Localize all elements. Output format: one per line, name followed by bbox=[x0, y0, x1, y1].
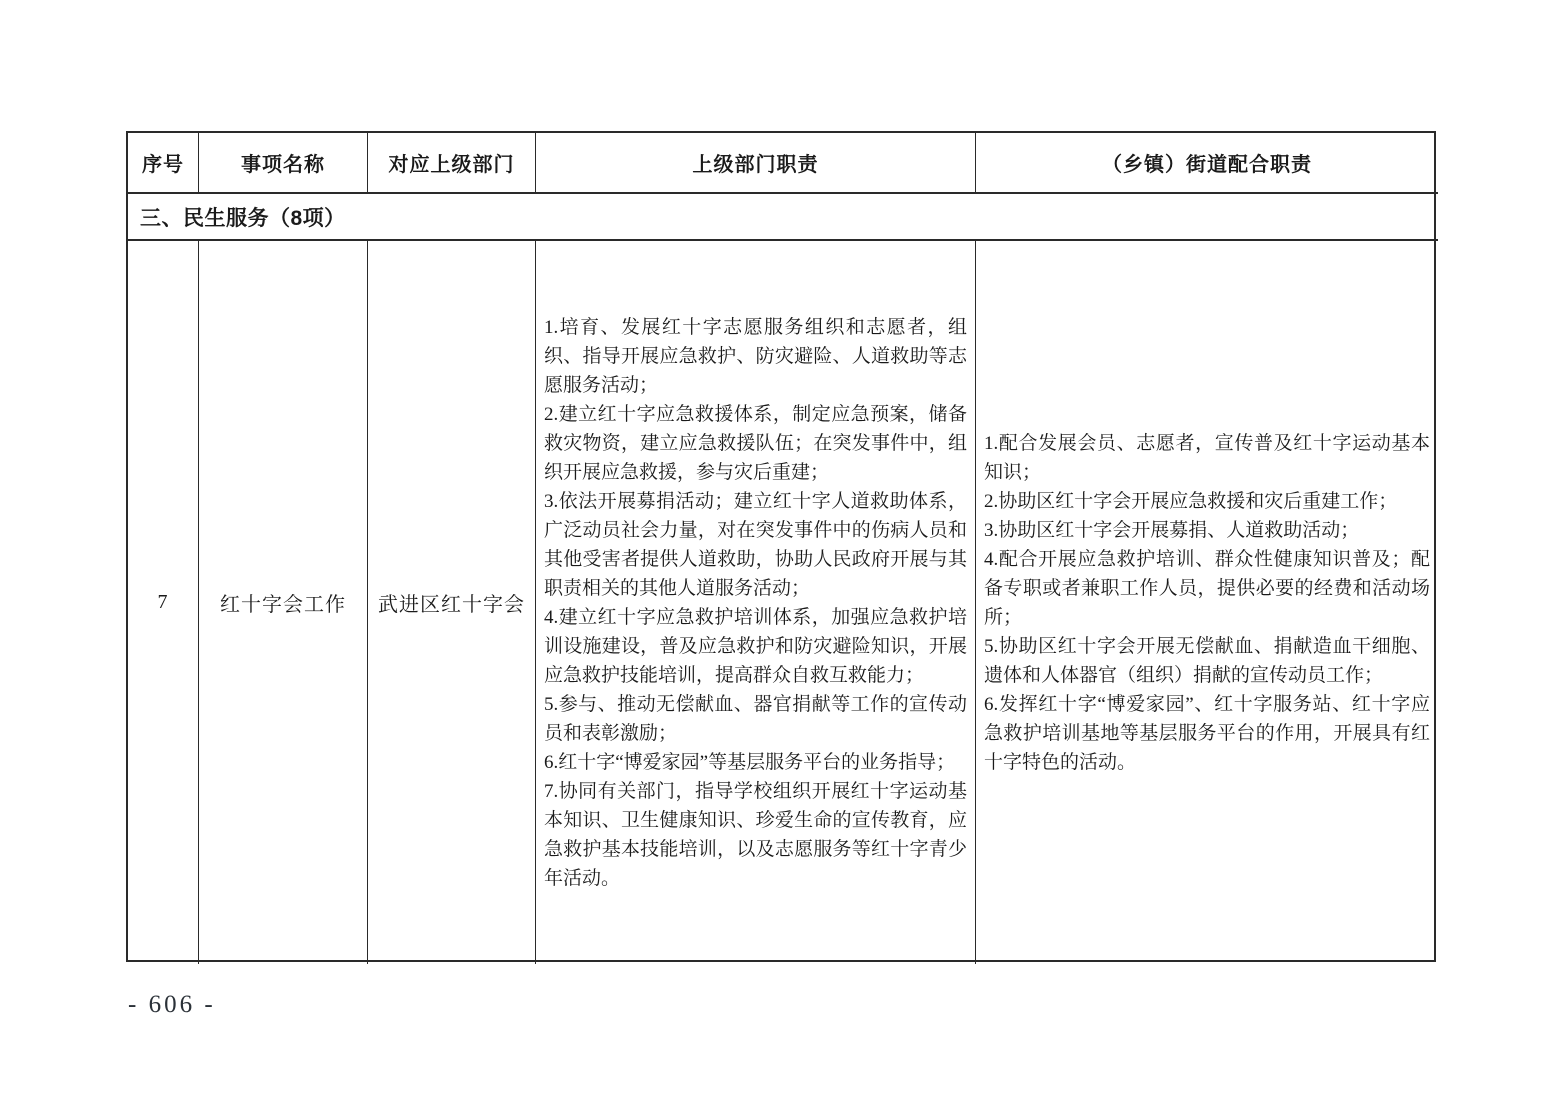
duty-item: 6.发挥红十字“博爱家园”、红十字服务站、红十字应急救护培训基地等基层服务平台的… bbox=[984, 690, 1430, 777]
col-header-superior-duties: 上级部门职责 bbox=[535, 133, 975, 192]
item-name-cell: 红十字会工作 bbox=[198, 239, 367, 964]
section-title: 三、民生服务（8项） bbox=[128, 192, 1438, 239]
street-duties-cell: 1.配合发展会员、志愿者，宣传普及红十字运动基本知识；2.协助区红十字会开展应急… bbox=[975, 239, 1438, 964]
superior-duties-cell: 1.培育、发展红十字志愿服务组织和志愿者，组织、指导开展应急救护、防灾避险、人道… bbox=[535, 239, 975, 964]
duty-item: 5.协助区红十字会开展无偿献血、捐献造血干细胞、遗体和人体器官（组织）捐献的宣传… bbox=[984, 632, 1430, 690]
col-header-street-duties: （乡镇）街道配合职责 bbox=[975, 133, 1438, 192]
duty-item: 4.建立红十字应急救护培训体系，加强应急救护培训设施建设，普及应急救护和防灾避险… bbox=[544, 603, 967, 690]
col-header-superior-department: 对应上级部门 bbox=[367, 133, 535, 192]
row-index-cell: 7 bbox=[128, 239, 198, 964]
duty-item: 2.协助区红十字会开展应急救援和灾后重建工作； bbox=[984, 487, 1430, 516]
duty-item: 6.红十字“博爱家园”等基层服务平台的业务指导； bbox=[544, 748, 967, 777]
duty-item: 1.配合发展会员、志愿者，宣传普及红十字运动基本知识； bbox=[984, 429, 1430, 487]
duty-item: 3.依法开展募捐活动；建立红十字人道救助体系，广泛动员社会力量，对在突发事件中的… bbox=[544, 487, 967, 603]
duty-item: 7.协同有关部门，指导学校组织开展红十字运动基本知识、卫生健康知识、珍爱生命的宣… bbox=[544, 777, 967, 893]
col-header-item-name: 事项名称 bbox=[198, 133, 367, 192]
department-cell: 武进区红十字会 bbox=[367, 239, 535, 964]
duty-item: 5.参与、推动无偿献血、器官捐献等工作的宣传动员和表彰激励； bbox=[544, 690, 967, 748]
duty-item: 1.培育、发展红十字志愿服务组织和志愿者，组织、指导开展应急救护、防灾避险、人道… bbox=[544, 313, 967, 400]
duty-item: 2.建立红十字应急救援体系，制定应急预案，储备救灾物资，建立应急救援队伍；在突发… bbox=[544, 400, 967, 487]
duty-item: 4.配合开展应急救护培训、群众性健康知识普及；配备专职或者兼职工作人员，提供必要… bbox=[984, 545, 1430, 632]
col-header-index: 序号 bbox=[128, 133, 198, 192]
responsibility-table: 序号 事项名称 对应上级部门 上级部门职责 （乡镇）街道配合职责 三、民生服务（… bbox=[126, 131, 1436, 962]
duty-item: 3.协助区红十字会开展募捐、人道救助活动； bbox=[984, 516, 1430, 545]
page-number: - 606 - bbox=[128, 991, 216, 1019]
document-page: 序号 事项名称 对应上级部门 上级部门职责 （乡镇）街道配合职责 三、民生服务（… bbox=[0, 0, 1559, 1102]
